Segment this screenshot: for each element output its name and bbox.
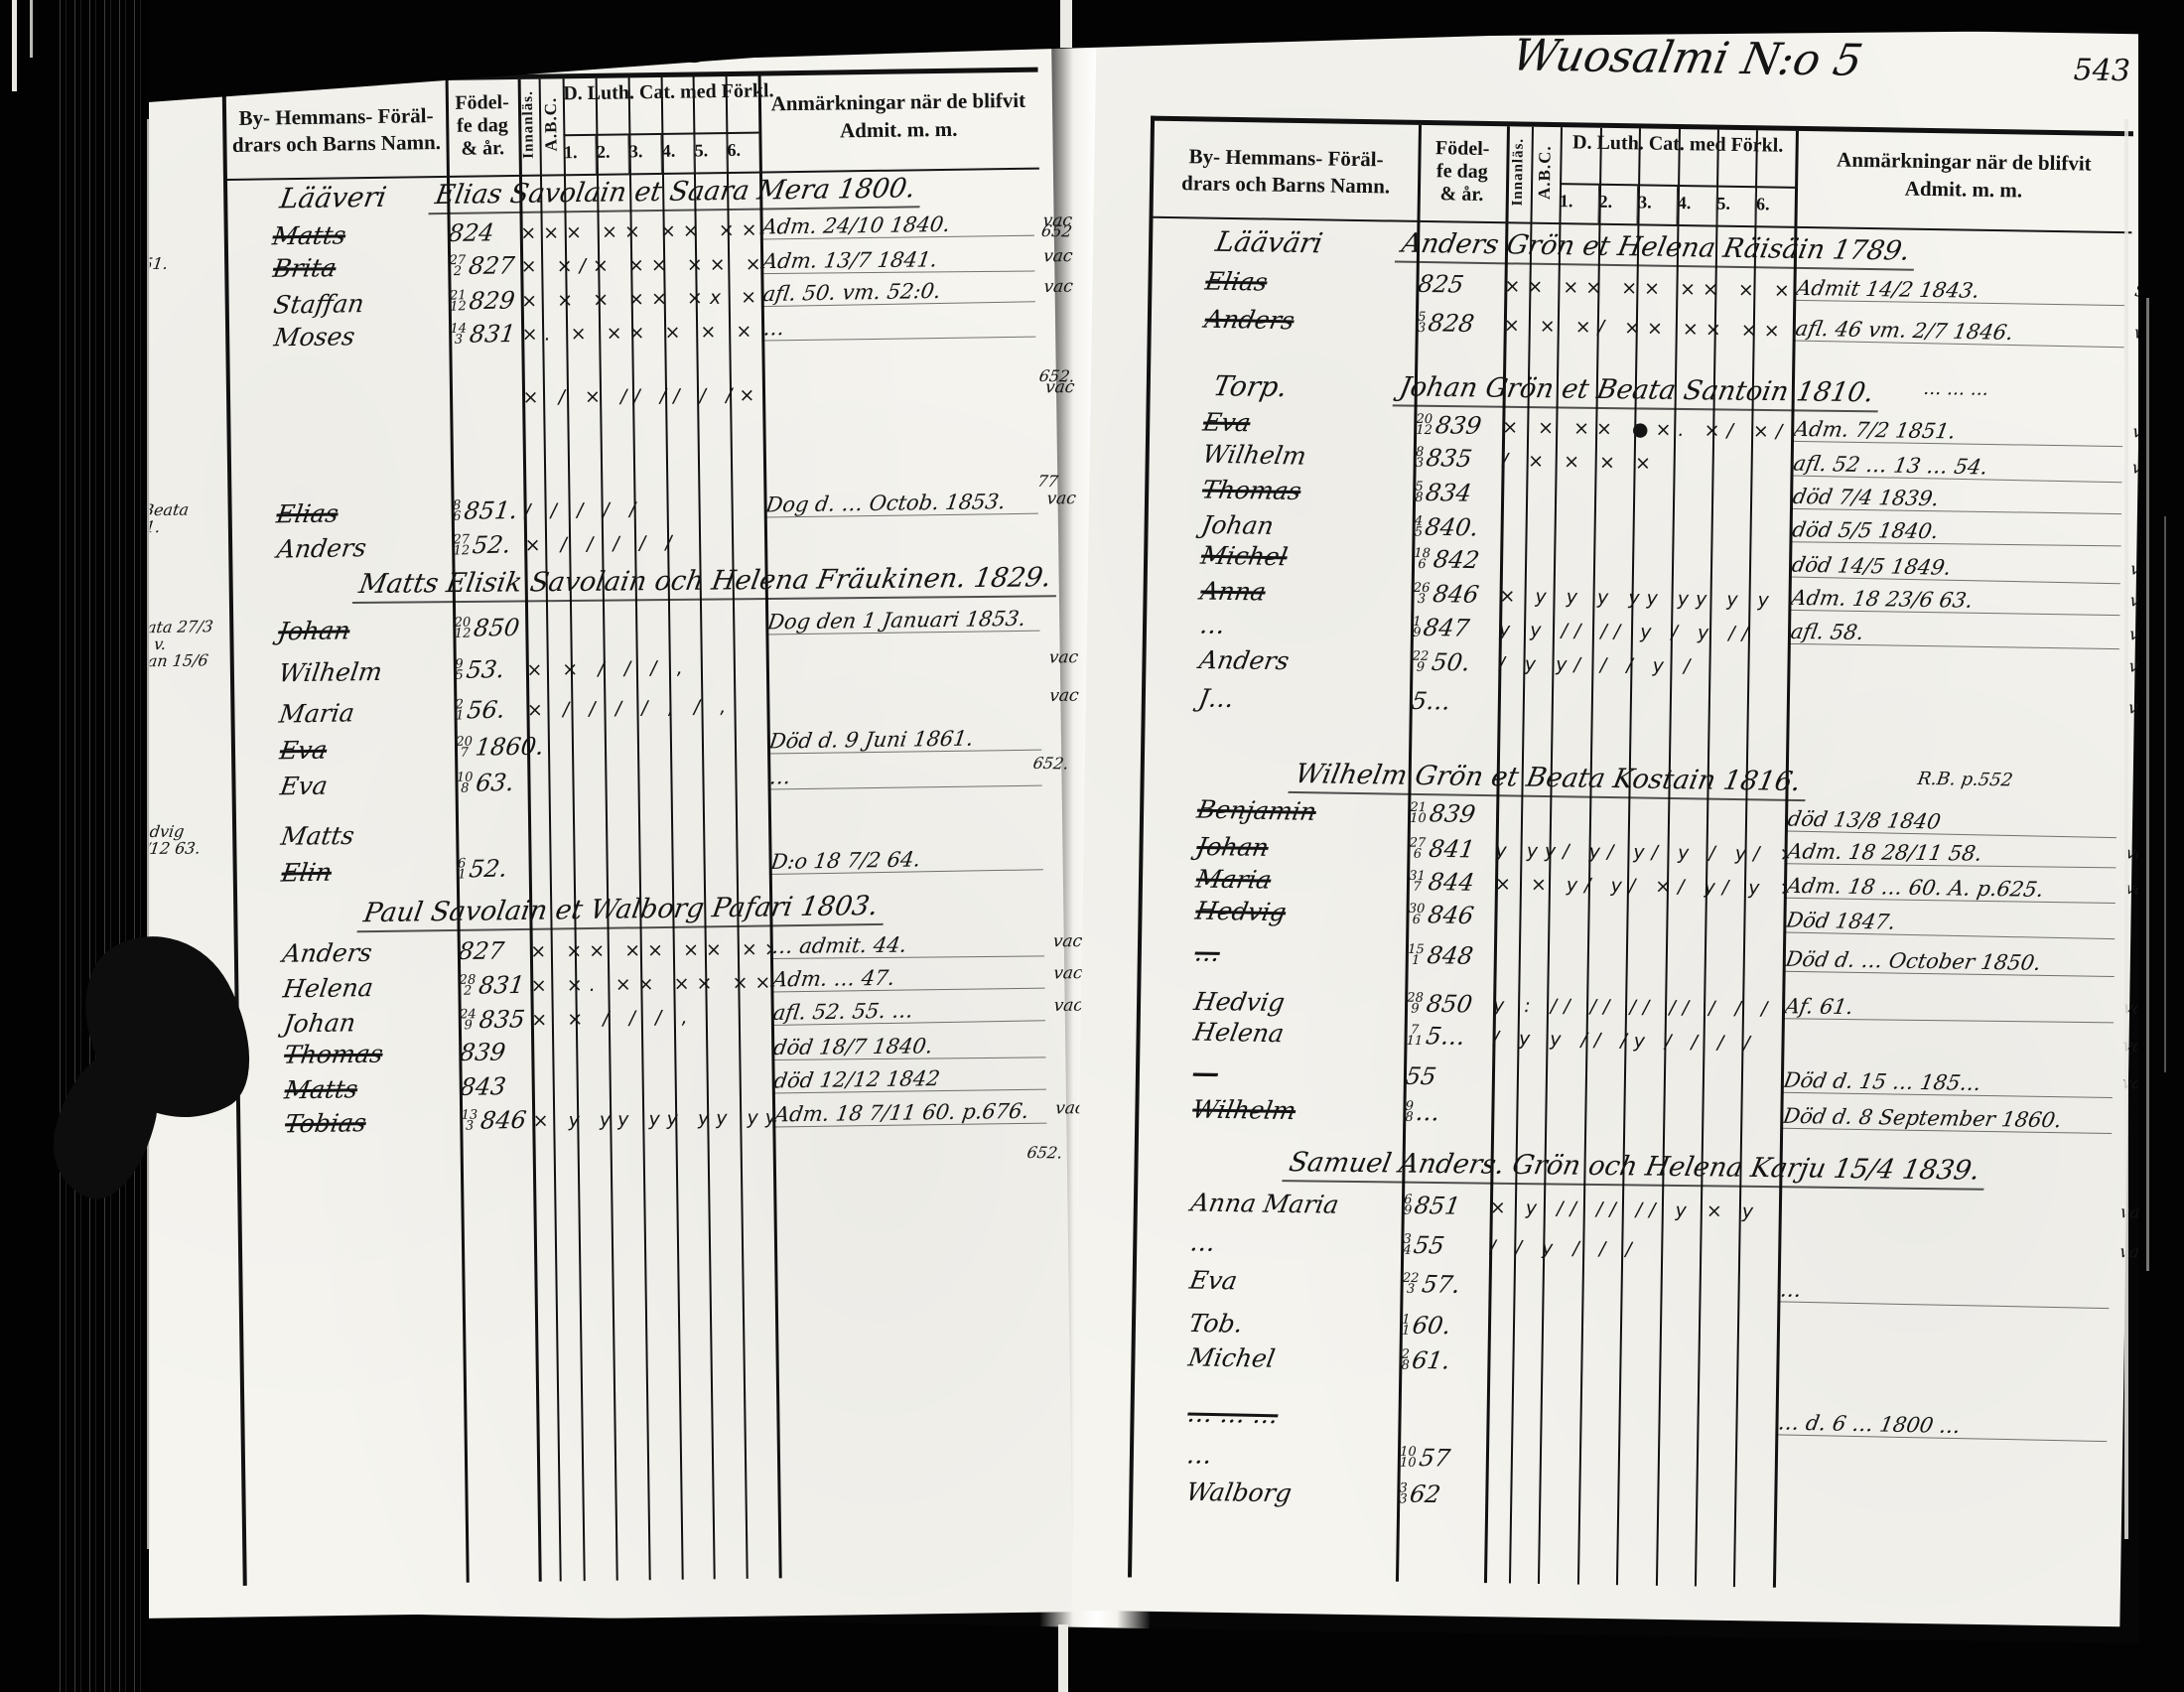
birth-date: 282831 <box>460 971 530 1000</box>
birth-year: 61. <box>1411 1346 1453 1375</box>
spine-scratch <box>12 0 17 91</box>
birth-date: 53828 <box>1418 309 1502 339</box>
person-name: … … … <box>1185 1399 1281 1430</box>
person-name: Maria <box>1194 865 1274 895</box>
birth-day-fraction: 45 <box>1415 516 1424 538</box>
birth-year: 851. <box>463 496 519 525</box>
birth-day-fraction: 282 <box>460 975 477 997</box>
fraction-denominator: 7 <box>456 748 473 759</box>
birth-day-fraction: 95 <box>455 659 464 681</box>
person-name: Elin <box>280 858 334 888</box>
birth-day-fraction: 98 <box>1405 1101 1414 1123</box>
spine-scratch <box>30 0 33 58</box>
birth-day-fraction: 86 <box>453 500 462 522</box>
header-remarks: Anmärkningar när de blifvit Admit. m. m. <box>757 72 1039 172</box>
remark: död 12/12 1842 <box>772 1065 1049 1094</box>
birth-year: 825 <box>1416 270 1465 299</box>
catechism-marks: × y // // // y × y <box>1490 1193 1779 1223</box>
birth-day-fraction: 61 <box>458 858 467 880</box>
catechism-marks: × / / / / , / , <box>527 691 767 721</box>
birth-day-fraction: 186 <box>1414 548 1431 570</box>
birth-date: 289850 <box>1407 990 1491 1019</box>
birth-day-fraction: 143 <box>451 324 468 346</box>
catechism-marks: ×× ×× ×× ×× × × × × <box>1504 271 1793 302</box>
fraction-denominator: 5 <box>1415 527 1423 538</box>
header-birthdate: Födel- fe dag & år. <box>445 79 519 176</box>
birth-date: 825 <box>1418 270 1502 299</box>
birth-day-fraction: 276 <box>1410 838 1427 860</box>
person-name: Johan <box>1194 832 1271 862</box>
remark: Död d. 8 September 1860. <box>1781 1104 2116 1134</box>
birth-year: 824 <box>447 218 495 247</box>
birth-date: 839 <box>461 1038 531 1066</box>
fraction-denominator: 1 <box>1408 955 1425 966</box>
fraction-denominator: 7 <box>1409 882 1426 893</box>
remark: … <box>762 313 1039 342</box>
birth-date: 98… <box>1405 1098 1489 1127</box>
page-number: 543 <box>2073 53 2130 88</box>
register-row: Beata 27/3 48. v.Johan 15/6 63.Johan2012… <box>233 607 1045 651</box>
birth-date: 133846 <box>462 1106 532 1135</box>
person-name: Maria <box>277 698 355 728</box>
birth-date: 69851 <box>1404 1192 1488 1220</box>
person-name: Eva <box>278 736 329 766</box>
family-parents-line: Samuel Anders. Grön och Helena Karju 15/… <box>1282 1147 1990 1191</box>
birth-year: 835 <box>478 1005 526 1034</box>
person-name: Anna Maria <box>1189 1188 1341 1218</box>
birth-year: 835 <box>1425 444 1474 473</box>
birth-year: 831 <box>468 320 516 349</box>
catechism-marks: × ×/× ×× ×× ×× ×× × <box>521 249 761 277</box>
village-name: Torp. <box>1211 369 1291 403</box>
person-name: … <box>1193 938 1223 967</box>
person-name: Johan <box>276 616 351 645</box>
birth-date: 263846 <box>1414 580 1498 609</box>
person-name: Eva <box>1187 1266 1239 1296</box>
birth-year: 55 <box>1413 1231 1447 1259</box>
person-name: Tob. <box>1187 1309 1246 1339</box>
family-parents-line: Anders Grön et Helena Räisäin 1789. <box>1394 228 1920 271</box>
page-stack-edge <box>2146 298 2149 1271</box>
margin-note: 652. <box>1038 367 1147 385</box>
fraction-denominator: 2 <box>460 986 477 997</box>
person-name: … <box>1188 1227 1218 1256</box>
birth-year: 831 <box>478 971 526 1000</box>
birth-date: 3455 <box>1403 1231 1487 1260</box>
page-title-handwritten: Wuosalmi N:o 5 <box>1508 30 1866 85</box>
fraction-denominator: 3 <box>1399 1494 1407 1505</box>
birth-day-fraction: 83 <box>1416 447 1425 469</box>
birth-year: 60. <box>1411 1312 1452 1339</box>
catechism-marks: y yy/ y/ y/ y / y/ × <box>1495 836 1784 866</box>
birth-day-fraction: 28 <box>1401 1349 1410 1371</box>
remark: död 18/7 1840. <box>772 1033 1049 1060</box>
person-name: Thomas <box>1200 476 1303 505</box>
remark: afl. 50. vm. 52:0. <box>761 277 1038 307</box>
family-parents-line: Matts Elisik Savolain och Helena Fräukin… <box>352 562 1061 604</box>
fraction-denominator: 6 <box>1410 849 1427 860</box>
fraction-denominator: 9 <box>1407 1004 1424 1015</box>
fraction-denominator: 3 <box>1414 594 1431 605</box>
remark: Admit 14/2 1843. <box>1794 276 2129 306</box>
header-names: By- Hemmans- Föräl- drars och Barns Namn… <box>1154 121 1420 220</box>
birth-day-fraction: 2012 <box>455 618 472 639</box>
family-parents-line: Wilhelm Grön et Beata Kostain 1816. <box>1288 759 1811 801</box>
family-side-note: R.B. p.552 <box>1916 769 2014 790</box>
fraction-denominator: 8 <box>1405 1112 1413 1123</box>
catechism-marks: × y y y yy yy y y <box>1499 581 1788 612</box>
catechism-marks: ××× ×× ×× ×× ×× × × <box>520 215 760 244</box>
person-name: Anders <box>1203 305 1297 336</box>
person-name: Hedvig <box>1193 897 1289 927</box>
remark <box>1790 693 2120 698</box>
remark <box>1778 1450 2109 1455</box>
person-name: Johan <box>282 1008 357 1038</box>
birth-date: 2012850 <box>455 614 525 642</box>
book-page-left: 542. Wuofalmi N:o 5 By- Hemmans- Föräl- … <box>106 11 1073 1624</box>
birth-day-fraction: 2112 <box>450 290 467 312</box>
birth-day-fraction: 34 <box>1403 1234 1412 1256</box>
birth-date: 58834 <box>1415 479 1499 507</box>
birth-day-fraction: 2712 <box>453 534 470 556</box>
birth-year: 50. <box>1430 648 1471 676</box>
birth-date: 1160. <box>1402 1312 1486 1340</box>
catechism-marks: × × ×× ●×. ×/ ×/ ×/ <box>1502 412 1791 443</box>
catechism-marks: y y // // y / y // <box>1499 615 1788 645</box>
birth-date: 276841 <box>1410 835 1494 864</box>
birth-day-fraction: 1010 <box>1400 1447 1417 1469</box>
remark: afl. 58. <box>1789 620 2124 649</box>
catechism-marks: / y y/ / / y / <box>1498 649 1787 679</box>
birth-date: 306846 <box>1408 901 1492 930</box>
birth-date: 10863. <box>457 769 527 797</box>
scanned-register-book: 542. Wuofalmi N:o 5 By- Hemmans- Föräl- … <box>0 0 2184 1692</box>
person-name: … <box>1185 1440 1215 1469</box>
person-name: Anders <box>281 938 374 968</box>
birth-date: 3362 <box>1399 1480 1483 1509</box>
header-innanlas: Innanläs. <box>518 79 540 175</box>
birth-year: 846 <box>479 1106 528 1135</box>
person-name: Anna <box>1198 577 1268 607</box>
birth-year: 52. <box>471 531 512 560</box>
birth-date: 827 <box>459 936 529 965</box>
fold-notch-top <box>1060 0 1072 48</box>
page-edge-highlight <box>147 119 150 1549</box>
birth-year: 829 <box>468 286 516 315</box>
person-name: Anders <box>275 533 368 564</box>
person-name: Elias <box>1203 267 1270 297</box>
birth-day-fraction: 133 <box>462 1110 478 1132</box>
register-row: × / × // // / /× /× /vac <box>230 377 1042 419</box>
birth-day-fraction: 272 <box>450 255 467 277</box>
remark: Adm. 18 7/11 60. p.676. <box>773 1099 1050 1128</box>
fold-notch-bottom <box>1058 1624 1068 1692</box>
birth-year: 55 <box>1404 1062 1438 1090</box>
remark: D:o 18 7/2 64. <box>769 845 1046 875</box>
remark: … <box>1778 1278 2114 1310</box>
scan-edge-right <box>2138 0 2184 1692</box>
fraction-denominator: 4 <box>1403 1245 1411 1256</box>
remark: afl. 52 … 13 … 54. <box>1791 452 2126 484</box>
catechism-marks: × y yy yy yy yy yy <box>533 1102 773 1131</box>
birth-date: 83835 <box>1416 444 1500 474</box>
birth-date: 22950. <box>1413 648 1497 677</box>
catechism-marks: × ×× ×× ×× ×× ××× × <box>530 934 770 962</box>
fraction-denominator: 1 <box>456 710 464 721</box>
birth-year: 847 <box>1422 614 1471 642</box>
birth-year: 62 <box>1409 1480 1443 1508</box>
header-catechism-columns: 1.2.3.4.5.6. <box>1560 183 1795 226</box>
person-name: Helena <box>1191 1018 1287 1049</box>
birth-date: 5… <box>1412 687 1496 716</box>
remark: afl. 46 vm. 2/7 1846. <box>1793 317 2128 349</box>
header-names: By- Hemmans- Föräl- drars och Barns Namn… <box>226 80 447 179</box>
family-parents-line: Paul Savolain et Walborg Pafari 1803. <box>356 891 887 932</box>
remark: död 13/8 1840 <box>1786 807 2121 839</box>
birth-year: 850 <box>1425 990 1474 1019</box>
birth-date: 86851. <box>453 496 523 525</box>
person-name: Wilhelm <box>1200 440 1308 471</box>
person-name: Moses <box>272 322 356 352</box>
catechism-marks: / / / / / <box>524 493 764 522</box>
birth-year: 851 <box>1413 1192 1462 1220</box>
remark: afl. 52. 55. … <box>771 996 1048 1026</box>
catechism-marks: y : // // // // / / / <box>1493 991 1782 1021</box>
birth-date: 9553. <box>455 655 525 684</box>
birth-year: … <box>1415 1098 1442 1126</box>
remark <box>770 814 1044 817</box>
family-parents-line: Elias Savolain et Saara Mera 1800. <box>428 173 925 214</box>
village-name: Lääväri <box>1213 225 1325 260</box>
fraction-denominator: 12 <box>450 301 467 312</box>
birth-year: 842 <box>1432 545 1481 574</box>
page-stack-edge <box>2164 516 2166 1072</box>
birth-day-fraction: 306 <box>1408 904 1425 925</box>
person-name: Matts <box>271 220 348 250</box>
birth-date: 2112829 <box>450 286 520 315</box>
birth-date: 19847 <box>1413 614 1497 642</box>
family-parents-line: Johan Grön et Beata Santoin 1810. <box>1392 371 1884 412</box>
birth-year: 850 <box>473 614 521 642</box>
birth-date: 271252. <box>453 530 523 559</box>
remark: Adm. 24/10 1840. <box>760 211 1037 240</box>
remark <box>764 377 1038 380</box>
birth-year: 839 <box>459 1039 507 1066</box>
book-spine-edge <box>0 0 149 1692</box>
catechism-marks: × × × ×× ×x × x ×× <box>521 282 761 312</box>
birth-day-fraction: 11 <box>1402 1315 1411 1337</box>
fraction-denominator: 3 <box>1418 323 1427 334</box>
person-name: Anders <box>1197 645 1292 675</box>
birth-year: 57 <box>1417 1444 1451 1472</box>
register-rows-right: 652LääväriAnders Grön et Helena Räisäin … <box>1133 224 2131 1524</box>
remark: Död d. 9 Juni 1861. <box>767 726 1044 755</box>
header-catechism-columns: 1.2.3.4.5.6. <box>564 132 759 175</box>
fraction-denominator: 3 <box>451 335 468 346</box>
register-row: J…5…vac <box>1146 683 2124 732</box>
birth-year: 1860. <box>474 733 545 762</box>
birth-day-fraction: 69 <box>1404 1195 1413 1216</box>
birth-date: 2861. <box>1401 1346 1485 1375</box>
header-birthdate: Födel- fe dag & år. <box>1418 125 1507 221</box>
person-name: J… <box>1197 684 1237 713</box>
person-name: Johan <box>1199 510 1276 540</box>
remark: död 5/5 1840. <box>1790 517 2124 546</box>
header-abc: A.B.C. <box>539 78 565 174</box>
birth-date: 45840. <box>1415 513 1499 542</box>
fraction-denominator: 3 <box>1403 1284 1420 1295</box>
birth-day-fraction: 2012 <box>1416 414 1433 436</box>
remark: Död d. … October 1850. <box>1783 947 2118 977</box>
margin-note: 652. <box>1032 755 1141 774</box>
fraction-denominator: 2 <box>450 266 467 277</box>
catechism-marks: / × × × × <box>1501 446 1790 478</box>
person-name: Elias <box>275 498 341 528</box>
header-remarks: Anmärkningar när de blifvit Admit. m. m. <box>1794 131 2133 231</box>
margin-note: 652. <box>1025 1144 1134 1162</box>
birth-date: 2110839 <box>1410 799 1494 829</box>
remark: Adm. … 47. <box>771 964 1048 993</box>
person-name: Wilhelm <box>1190 1095 1298 1126</box>
catechism-marks: / / y / / / <box>1489 1232 1778 1263</box>
birth-year: 63. <box>475 769 516 797</box>
village-name: Lääveri <box>278 181 389 215</box>
catechism-marks: × × y/ y/ ×/ y/ y × <box>1495 869 1784 900</box>
family-heading-row: Paul Savolain et Walborg Pafari 1803. <box>237 889 1049 939</box>
remark: Död 1847. <box>1784 909 2119 940</box>
birth-year: 844 <box>1427 868 1476 897</box>
birth-year: 839 <box>1433 411 1483 440</box>
birth-date: 101057 <box>1400 1444 1484 1473</box>
birth-year: 834 <box>1424 479 1473 507</box>
birth-date: 824 <box>449 218 519 247</box>
birth-year: 843 <box>459 1072 507 1101</box>
birth-day-fraction: 21 <box>456 699 465 721</box>
person-name: Hedvig <box>1192 987 1288 1017</box>
birth-year: 839 <box>1428 799 1477 828</box>
fraction-denominator: 9 <box>1413 628 1421 638</box>
person-name: Eva <box>278 772 329 801</box>
fraction-denominator: 3 <box>1416 458 1425 469</box>
catechism-marks: × / × // // / /× /× / <box>522 380 762 408</box>
fraction-denominator: 6 <box>453 511 461 522</box>
person-name: Brita <box>271 253 339 283</box>
person-name: Eva <box>1201 408 1253 438</box>
birth-day-fraction: 223 <box>1403 1273 1420 1295</box>
catechism-marks: × ×. ×× ×× ×× ×× × <box>531 967 771 996</box>
birth-year: 827 <box>458 937 506 965</box>
birth-date: 843 <box>461 1072 531 1101</box>
fraction-denominator: 1 <box>1402 1326 1410 1337</box>
family-heading-row: P.B.Matts Elisik Savolain och Helena Frä… <box>233 562 1045 610</box>
fraction-denominator: 8 <box>457 783 474 794</box>
birth-date: 151848 <box>1408 941 1492 970</box>
fraction-denominator: 6 <box>1414 559 1431 570</box>
remark: Adm. 18 … 60. A. p.625. <box>1785 874 2120 904</box>
margin-note: 652 <box>1040 222 1149 241</box>
remark: död 14/5 1849. <box>1790 553 2125 585</box>
remark: … d. 6 … 1800 … <box>1776 1410 2112 1442</box>
table-header: By- Hemmans- Föräl- drars och Barns Namn… <box>226 72 1039 181</box>
birth-date: 317844 <box>1409 868 1493 897</box>
register-table: By- Hemmans- Föräl- drars och Barns Namn… <box>1128 116 2133 1593</box>
birth-date: 249835 <box>460 1005 530 1034</box>
birth-year: 840. <box>1424 513 1481 542</box>
remark <box>768 648 1042 652</box>
person-name: Michel <box>1186 1342 1278 1372</box>
fraction-denominator: 12 <box>454 545 471 556</box>
birth-year: 828 <box>1427 309 1476 338</box>
person-name: Tobias <box>283 1108 368 1138</box>
remark <box>1782 1198 2113 1202</box>
birth-day-fraction: 317 <box>1409 871 1426 893</box>
person-name: Thomas <box>282 1040 385 1069</box>
birth-date: 7115… <box>1407 1022 1491 1052</box>
birth-year: 848 <box>1425 941 1474 970</box>
birth-day-fraction: 249 <box>460 1009 477 1031</box>
person-name: Matts <box>283 1074 360 1104</box>
birth-date: 55 <box>1406 1062 1490 1091</box>
person-name: — <box>1191 1059 1221 1088</box>
fraction-denominator: 9 <box>460 1020 477 1031</box>
birth-day-fraction: 58 <box>1415 482 1424 503</box>
catechism-marks: × / / / / / <box>524 526 764 556</box>
birth-day-fraction: 229 <box>1413 651 1430 673</box>
fraction-denominator: 10 <box>1400 1458 1417 1469</box>
remark: Af. 61. <box>1783 994 2117 1023</box>
birth-year: 52. <box>468 855 509 884</box>
birth-year: 5… <box>1410 687 1453 716</box>
fraction-denominator: 8 <box>1415 493 1423 503</box>
birth-day-fraction: 53 <box>1418 312 1427 334</box>
fraction-denominator: 10 <box>1410 813 1427 824</box>
fraction-denominator: 3 <box>462 1121 478 1132</box>
birth-date: 6152. <box>458 854 528 883</box>
birth-day-fraction: 207 <box>456 737 473 759</box>
person-name: Matts <box>279 821 356 851</box>
birth-day-fraction: 151 <box>1408 944 1425 966</box>
header-abc: A.B.C. <box>1530 127 1561 222</box>
fraction-denominator: 11 <box>1407 1036 1424 1047</box>
person-name: Staffan <box>272 289 366 320</box>
birth-date: 272827 <box>450 251 520 280</box>
remark: … <box>768 762 1045 790</box>
birth-date: 2156. <box>456 695 526 724</box>
person-name: Michel <box>1199 541 1291 572</box>
birth-year: 846 <box>1431 580 1480 609</box>
catechism-marks: / y y // /y / / / / <box>1492 1024 1781 1056</box>
catechism-marks: × × / / / , <box>526 652 766 681</box>
person-name: Walborg <box>1184 1478 1294 1507</box>
birth-day-fraction: 19 <box>1413 617 1422 638</box>
margin-note: 77 <box>1036 473 1145 492</box>
birth-day-fraction: 2110 <box>1410 802 1427 824</box>
remark: Adm. 13/7 1841. <box>761 246 1038 274</box>
catechism-marks: × × ×/ ×× ×× ×× × × <box>1504 311 1793 343</box>
birth-day-fraction: 263 <box>1414 583 1431 605</box>
catechism-marks: ×. × ×× × × × ×/× <box>521 317 761 346</box>
table-header: By- Hemmans- Föräl- drars och Barns Namn… <box>1153 121 2132 233</box>
book-page-right: 543 Wuosalmi N:o 5 By- Hemmans- Föräl- d… <box>1071 18 2144 1626</box>
person-name: Helena <box>281 973 375 1003</box>
catechism-marks: × × / / / , <box>531 1001 771 1031</box>
remark <box>768 686 1042 691</box>
remark: Adm. 18 23/6 63. <box>1789 586 2124 616</box>
fraction-denominator: 9 <box>1413 662 1430 673</box>
birth-day-fraction: 711 <box>1407 1025 1424 1047</box>
register-table: By- Hemmans- Föräl- drars och Barns Namn… <box>222 68 1059 1586</box>
birth-year: 841 <box>1427 835 1476 864</box>
